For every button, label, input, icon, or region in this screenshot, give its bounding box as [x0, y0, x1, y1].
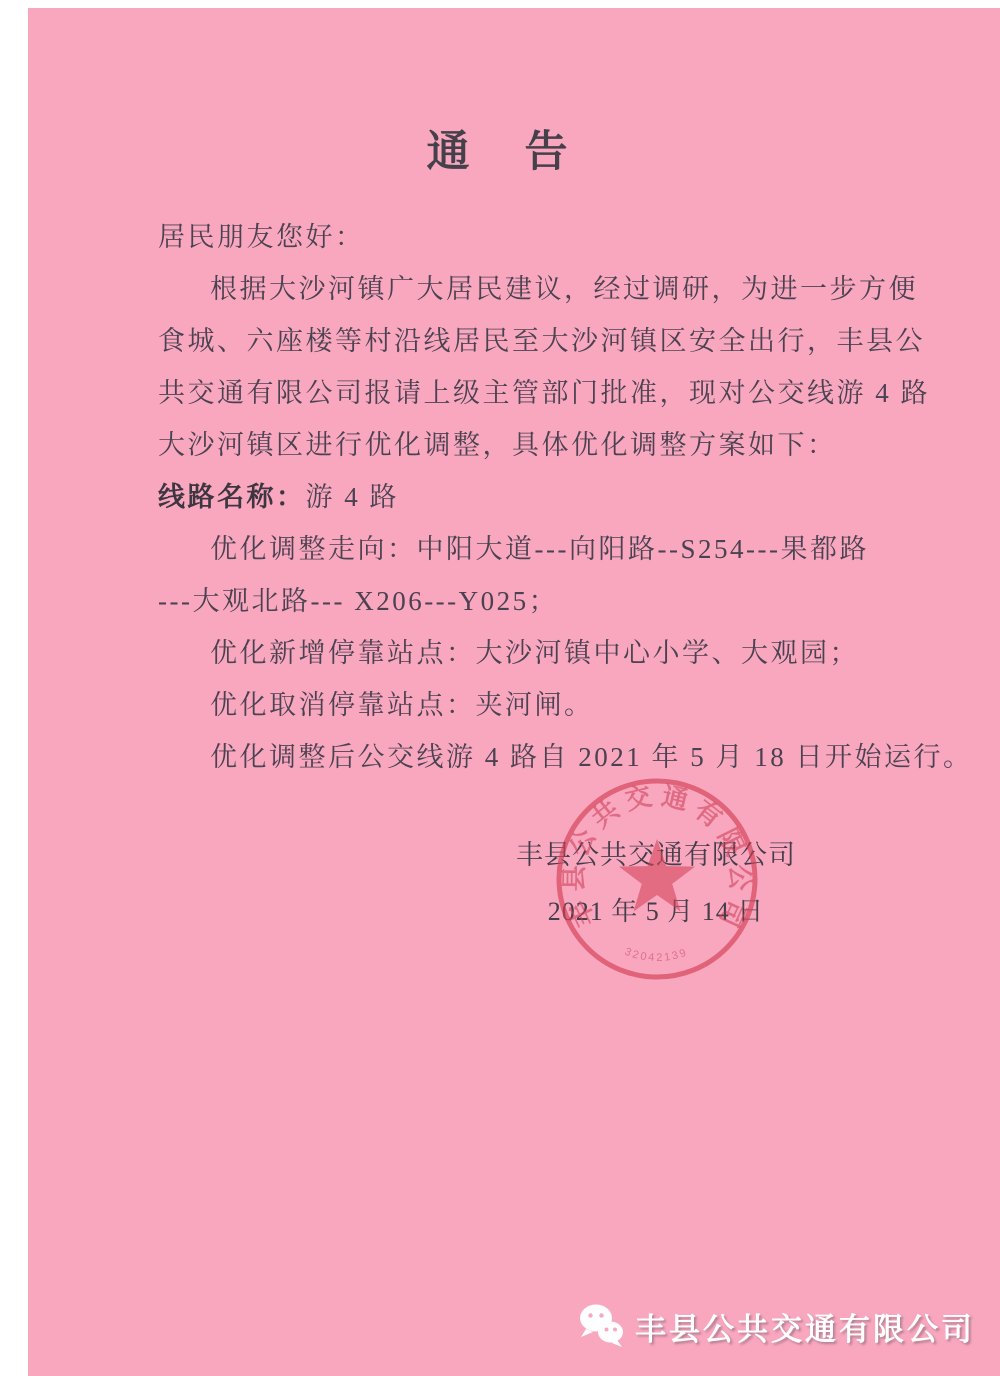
body-line: 食城、六座楼等村沿线居民至大沙河镇区安全出行，丰县公	[158, 315, 878, 367]
body-line: ---大观北路--- X206---Y025；	[158, 575, 878, 627]
wechat-icon	[577, 1303, 625, 1349]
body-line: 优化调整后公交线游 4 路自 2021 年 5 月 18 日开始运行。	[158, 731, 878, 783]
body-line: 优化新增停靠站点：大沙河镇中心小学、大观园；	[158, 627, 878, 679]
footer-company-name: 丰县公共交通有限公司	[635, 1304, 975, 1349]
notice-body: 居民朋友您好： 根据大沙河镇广大居民建议，经过调研，为进一步方便 食城、六座楼等…	[158, 211, 878, 783]
signature-company: 丰县公共交通有限公司	[426, 838, 886, 872]
signature-date: 2021 年 5 月 14 日	[426, 896, 886, 928]
scanned-notice: 通 告 居民朋友您好： 根据大沙河镇广大居民建议，经过调研，为进一步方便 食城、…	[0, 0, 1000, 1376]
footer-branding: 丰县公共交通有限公司	[577, 1303, 975, 1349]
body-line: 优化取消停靠站点：夹河闸。	[158, 679, 878, 731]
route-name-label: 线路名称：	[158, 482, 306, 512]
body-line: 优化调整走向：中阳大道---向阳路--S254---果都路	[158, 523, 878, 575]
route-name-value: 游 4 路	[306, 482, 400, 512]
body-line: 共交通有限公司报请上级主管部门批准，现对公交线游 4 路	[158, 367, 878, 419]
notice-title: 通 告	[0, 118, 1000, 179]
body-line: 大沙河镇区进行优化调整，具体优化调整方案如下：	[158, 419, 878, 471]
signature-block: 丰县公共交通有限公司 2021 年 5 月 14 日	[426, 838, 886, 928]
route-name-line: 线路名称：游 4 路	[158, 471, 878, 523]
body-line: 根据大沙河镇广大居民建议，经过调研，为进一步方便	[158, 263, 878, 315]
body-line: 居民朋友您好：	[158, 211, 878, 263]
